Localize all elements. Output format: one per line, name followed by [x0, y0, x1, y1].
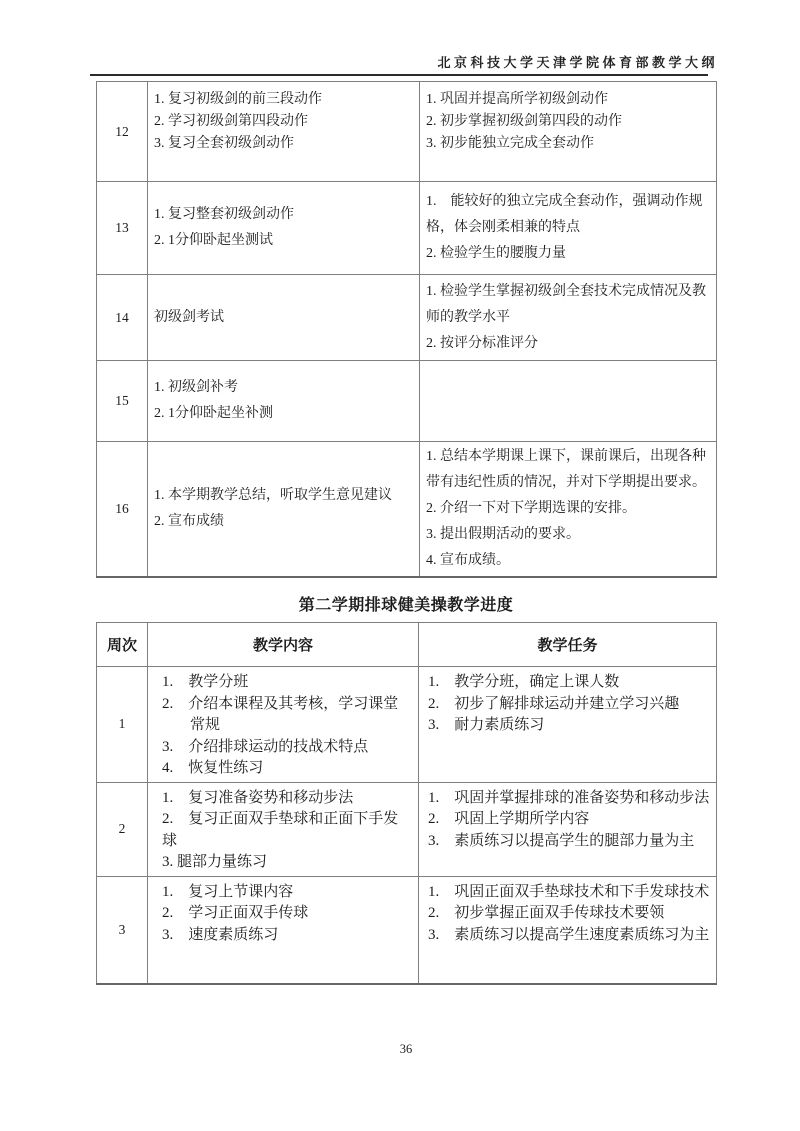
task-item: 2. 初步掌握正面双手传球技术要领: [428, 903, 712, 925]
content-item: 3. 腿部力量练习: [162, 852, 406, 874]
column-header-content: 教学内容: [148, 623, 419, 667]
column-header-week: 周次: [97, 623, 148, 667]
task-item: 1. 教学分班，确定上课人数: [428, 672, 712, 694]
content-item: 1. 复习上节课内容: [162, 882, 406, 904]
table-row: 14 初级剑考试 1. 检验学生掌握初级剑全套技术完成情况及教师的教学水平2. …: [97, 275, 717, 361]
table-row: 1 1. 教学分班2. 介绍本课程及其考核，学习课堂常规3. 介绍排球运动的技战…: [97, 667, 717, 783]
week-cell: 1: [97, 667, 148, 783]
content-item: 1. 复习整套初级剑动作: [154, 202, 413, 228]
content-item: 2. 学习正面双手传球: [162, 903, 406, 925]
content-item: 2. 宣布成绩: [154, 509, 413, 535]
task-cell: 1. 巩固并提高所学初级剑动作2. 初步掌握初级剑第四段的动作3. 初步能独立完…: [420, 82, 717, 182]
content-cell: 初级剑考试: [148, 275, 420, 361]
content-item: 1. 复习初级剑的前三段动作: [154, 89, 413, 111]
task-item: 4. 宣布成绩。: [426, 548, 710, 574]
task-cell: [420, 361, 717, 442]
week-cell: 3: [97, 876, 148, 984]
task-item: 2. 巩固上学期所学内容: [428, 809, 712, 831]
task-item: 3. 耐力素质练习: [428, 715, 712, 737]
content-item: 2. 1分仰卧起坐测试: [154, 228, 413, 254]
task-item: 2. 初步掌握初级剑第四段的动作: [426, 111, 710, 133]
task-item: 1. 巩固正面双手垫球技术和下手发球技术: [428, 882, 712, 904]
task-cell: 1. 总结本学期课上课下，课前课后，出现各种带有违纪性质的情况，并对下学期提出要…: [420, 442, 717, 578]
week-cell: 2: [97, 782, 148, 876]
content-cell: 1. 本学期教学总结，听取学生意见建议2. 宣布成绩: [148, 442, 420, 578]
week-cell: 12: [97, 82, 148, 182]
task-cell: 1. 教学分班，确定上课人数2. 初步了解排球运动并建立学习兴趣3. 耐力素质练…: [419, 667, 717, 783]
table-header: 周次 教学内容 教学任务: [97, 623, 717, 667]
task-item: 3. 初步能独立完成全套动作: [426, 133, 710, 155]
content-item: 1. 初级剑补考: [154, 375, 413, 401]
content-item: 2. 学习初级剑第四段动作: [154, 111, 413, 133]
task-cell: 1. 巩固并掌握排球的准备姿势和移动步法2. 巩固上学期所学内容3. 素质练习以…: [419, 782, 717, 876]
schedule-table-weeks-12-16: 12 1. 复习初级剑的前三段动作2. 学习初级剑第四段动作3. 复习全套初级剑…: [96, 81, 717, 578]
task-item: 1. 巩固并提高所学初级剑动作: [426, 89, 710, 111]
table-row: 2 1. 复习准备姿势和移动步法2. 复习正面双手垫球和正面下手发球3. 腿部力…: [97, 782, 717, 876]
content-item: 3. 介绍排球运动的技战术特点: [162, 737, 406, 759]
table-body: 1 1. 教学分班2. 介绍本课程及其考核，学习课堂常规3. 介绍排球运动的技战…: [97, 667, 717, 985]
content-cell: 1. 复习初级剑的前三段动作2. 学习初级剑第四段动作3. 复习全套初级剑动作: [148, 82, 420, 182]
document-page: 北京科技大学天津学院体育部教学大纲 12 1. 复习初级剑的前三段动作2. 学习…: [0, 0, 800, 1131]
content-item: 1. 复习准备姿势和移动步法: [162, 788, 406, 810]
document-header-title: 北京科技大学天津学院体育部教学大纲: [437, 52, 718, 71]
task-item: 3. 素质练习以提高学生的腿部力量为主: [428, 831, 712, 853]
task-cell: 1. 能较好的独立完成全套动作，强调动作规格，体会刚柔相兼的特点2. 检验学生的…: [420, 182, 717, 275]
task-item: 3. 提出假期活动的要求。: [426, 522, 710, 548]
task-item: 1. 检验学生掌握初级剑全套技术完成情况及教师的教学水平: [426, 279, 710, 331]
task-item: 2. 检验学生的腰腹力量: [426, 241, 710, 267]
section-title: 第二学期排球健美操教学进度: [96, 592, 716, 615]
content-item: 3. 复习全套初级剑动作: [154, 133, 413, 155]
content-item: 2. 1分仰卧起坐补测: [154, 401, 413, 427]
content-cell: 1. 复习准备姿势和移动步法2. 复习正面双手垫球和正面下手发球3. 腿部力量练…: [148, 782, 419, 876]
week-cell: 14: [97, 275, 148, 361]
task-item: 3. 素质练习以提高学生速度素质练习为主: [428, 925, 712, 947]
content-item: 3. 速度素质练习: [162, 925, 406, 947]
task-cell: 1. 巩固正面双手垫球技术和下手发球技术2. 初步掌握正面双手传球技术要领3. …: [419, 876, 717, 984]
content-item: 1. 教学分班: [162, 672, 406, 694]
content-item: 2. 介绍本课程及其考核，学习课堂常规: [162, 694, 406, 737]
task-item: 2. 初步了解排球运动并建立学习兴趣: [428, 694, 712, 716]
task-cell: 1. 检验学生掌握初级剑全套技术完成情况及教师的教学水平2. 按评分标准评分: [420, 275, 717, 361]
table-body: 12 1. 复习初级剑的前三段动作2. 学习初级剑第四段动作3. 复习全套初级剑…: [97, 82, 717, 578]
column-header-task: 教学任务: [419, 623, 717, 667]
task-item: 1. 总结本学期课上课下，课前课后，出现各种带有违纪性质的情况，并对下学期提出要…: [426, 444, 710, 496]
schedule-table-semester2: 周次 教学内容 教学任务 1 1. 教学分班2. 介绍本课程及其考核，学习课堂常…: [96, 622, 717, 985]
content-item: 4. 恢复性练习: [162, 758, 406, 780]
week-cell: 16: [97, 442, 148, 578]
week-cell: 15: [97, 361, 148, 442]
week-cell: 13: [97, 182, 148, 275]
content-cell: 1. 初级剑补考2. 1分仰卧起坐补测: [148, 361, 420, 442]
content-item: 初级剑考试: [154, 305, 413, 331]
content-item: 2. 复习正面双手垫球和正面下手发球: [162, 809, 406, 852]
table-row: 15 1. 初级剑补考2. 1分仰卧起坐补测: [97, 361, 717, 442]
content-cell: 1. 教学分班2. 介绍本课程及其考核，学习课堂常规3. 介绍排球运动的技战术特…: [148, 667, 419, 783]
table-header-row: 周次 教学内容 教学任务: [97, 623, 717, 667]
table-row: 12 1. 复习初级剑的前三段动作2. 学习初级剑第四段动作3. 复习全套初级剑…: [97, 82, 717, 182]
content-item: 1. 本学期教学总结，听取学生意见建议: [154, 483, 413, 509]
task-item: 1. 能较好的独立完成全套动作，强调动作规格，体会刚柔相兼的特点: [426, 189, 710, 241]
table-row: 16 1. 本学期教学总结，听取学生意见建议2. 宣布成绩 1. 总结本学期课上…: [97, 442, 717, 578]
table-row: 13 1. 复习整套初级剑动作2. 1分仰卧起坐测试 1. 能较好的独立完成全套…: [97, 182, 717, 275]
header-rule: [90, 74, 708, 76]
task-item: 1. 巩固并掌握排球的准备姿势和移动步法: [428, 788, 712, 810]
page-number: 36: [96, 1042, 716, 1057]
task-item: 2. 按评分标准评分: [426, 331, 710, 357]
content-cell: 1. 复习整套初级剑动作2. 1分仰卧起坐测试: [148, 182, 420, 275]
task-item: 2. 介绍一下对下学期选课的安排。: [426, 496, 710, 522]
content-cell: 1. 复习上节课内容2. 学习正面双手传球3. 速度素质练习: [148, 876, 419, 984]
table-row: 3 1. 复习上节课内容2. 学习正面双手传球3. 速度素质练习 1. 巩固正面…: [97, 876, 717, 984]
